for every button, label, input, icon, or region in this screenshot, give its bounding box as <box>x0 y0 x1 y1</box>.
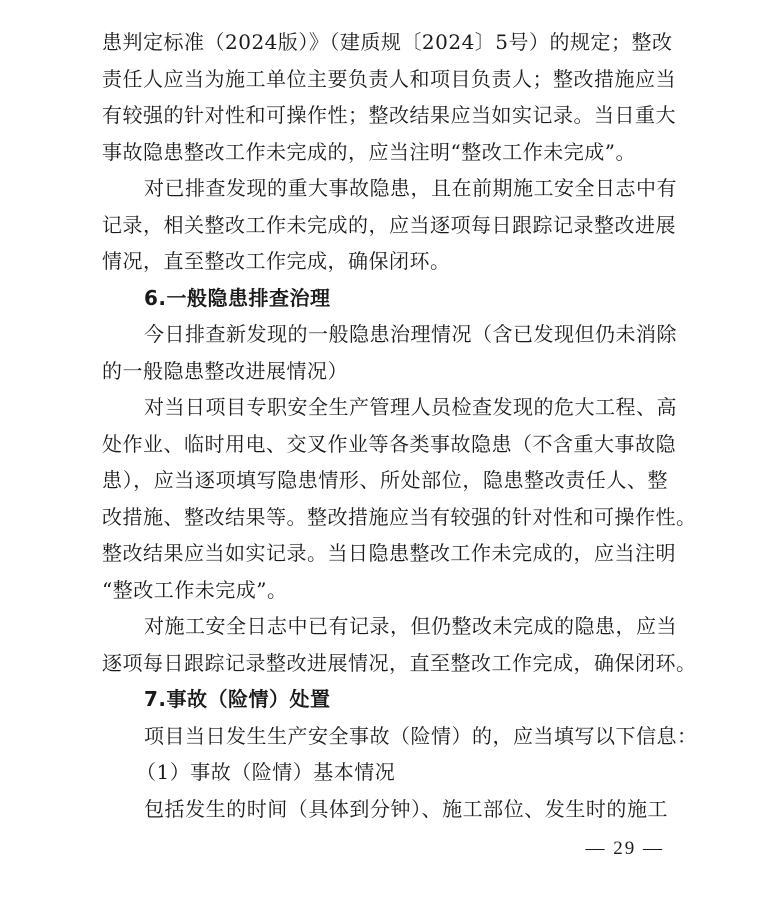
text-line: 逐项每日跟踪记录整改进展情况，直至整改工作完成，确保闭环。 <box>102 645 668 682</box>
paragraph-general-hazard-today: 今日排查新发现的一般隐患治理情况（含已发现但仍未消除 的一般隐患整改进展情况） <box>102 316 668 389</box>
paragraph-major-hazard-rectification: 患判定标准（2024版）》（建质规〔2024〕5号）的规定；整改 责任人应当为施… <box>102 24 668 170</box>
subheading-accident-basic-info: （1）事故（险情）基本情况 <box>102 754 668 791</box>
text-line: 整改结果应当如实记录。当日隐患整改工作未完成的，应当注明 <box>102 535 668 572</box>
paragraph-general-hazard-inspection: 对当日项目专职安全生产管理人员检查发现的危大工程、高 处作业、临时用电、交叉作业… <box>102 389 668 608</box>
section-heading-accident-handling: 7.事故（险情）处置 <box>102 681 668 718</box>
text-line: 处作业、临时用电、交叉作业等各类事故隐患（不含重大事故隐 <box>102 426 668 463</box>
document-page: 患判定标准（2024版）》（建质规〔2024〕5号）的规定；整改 责任人应当为施… <box>102 24 668 827</box>
text-line: 记录，相关整改工作未完成的，应当逐项每日跟踪记录整改进展 <box>102 207 668 244</box>
text-line: 情况，直至整改工作完成，确保闭环。 <box>102 243 668 280</box>
text-line: “整改工作未完成”。 <box>102 572 668 609</box>
text-line: 责任人应当为施工单位主要负责人和项目负责人；整改措施应当 <box>102 61 668 98</box>
paragraph-accident-info: 项目当日发生生产安全事故（险情）的，应当填写以下信息： <box>102 718 668 755</box>
paragraph-major-hazard-tracking: 对已排查发现的重大事故隐患，且在前期施工安全日志中有 记录，相关整改工作未完成的… <box>102 170 668 280</box>
paragraph-accident-details: 包括发生的时间（具体到分钟）、施工部位、发生时的施工 <box>102 791 668 828</box>
text-line: 对施工安全日志中已有记录，但仍整改未完成的隐患，应当 <box>102 608 668 645</box>
paragraph-general-hazard-tracking: 对施工安全日志中已有记录，但仍整改未完成的隐患，应当 逐项每日跟踪记录整改进展情… <box>102 608 668 681</box>
text-line: 对已排查发现的重大事故隐患，且在前期施工安全日志中有 <box>102 170 668 207</box>
text-line: 对当日项目专职安全生产管理人员检查发现的危大工程、高 <box>102 389 668 426</box>
text-line: 事故隐患整改工作未完成的，应当注明“整改工作未完成”。 <box>102 134 668 171</box>
text-line: 有较强的针对性和可操作性；整改结果应当如实记录。当日重大 <box>102 97 668 134</box>
text-line: 今日排查新发现的一般隐患治理情况（含已发现但仍未消除 <box>102 316 668 353</box>
text-line: 患判定标准（2024版）》（建质规〔2024〕5号）的规定；整改 <box>102 24 668 61</box>
page-number: — 29 — <box>586 838 665 860</box>
section-heading-general-hazard: 6.一般隐患排查治理 <box>102 280 668 317</box>
text-line: 患），应当逐项填写隐患情形、所处部位，隐患整改责任人、整 <box>102 462 668 499</box>
text-line: 改措施、整改结果等。整改措施应当有较强的针对性和可操作性。 <box>102 499 668 536</box>
text-line: 的一般隐患整改进展情况） <box>102 353 668 390</box>
